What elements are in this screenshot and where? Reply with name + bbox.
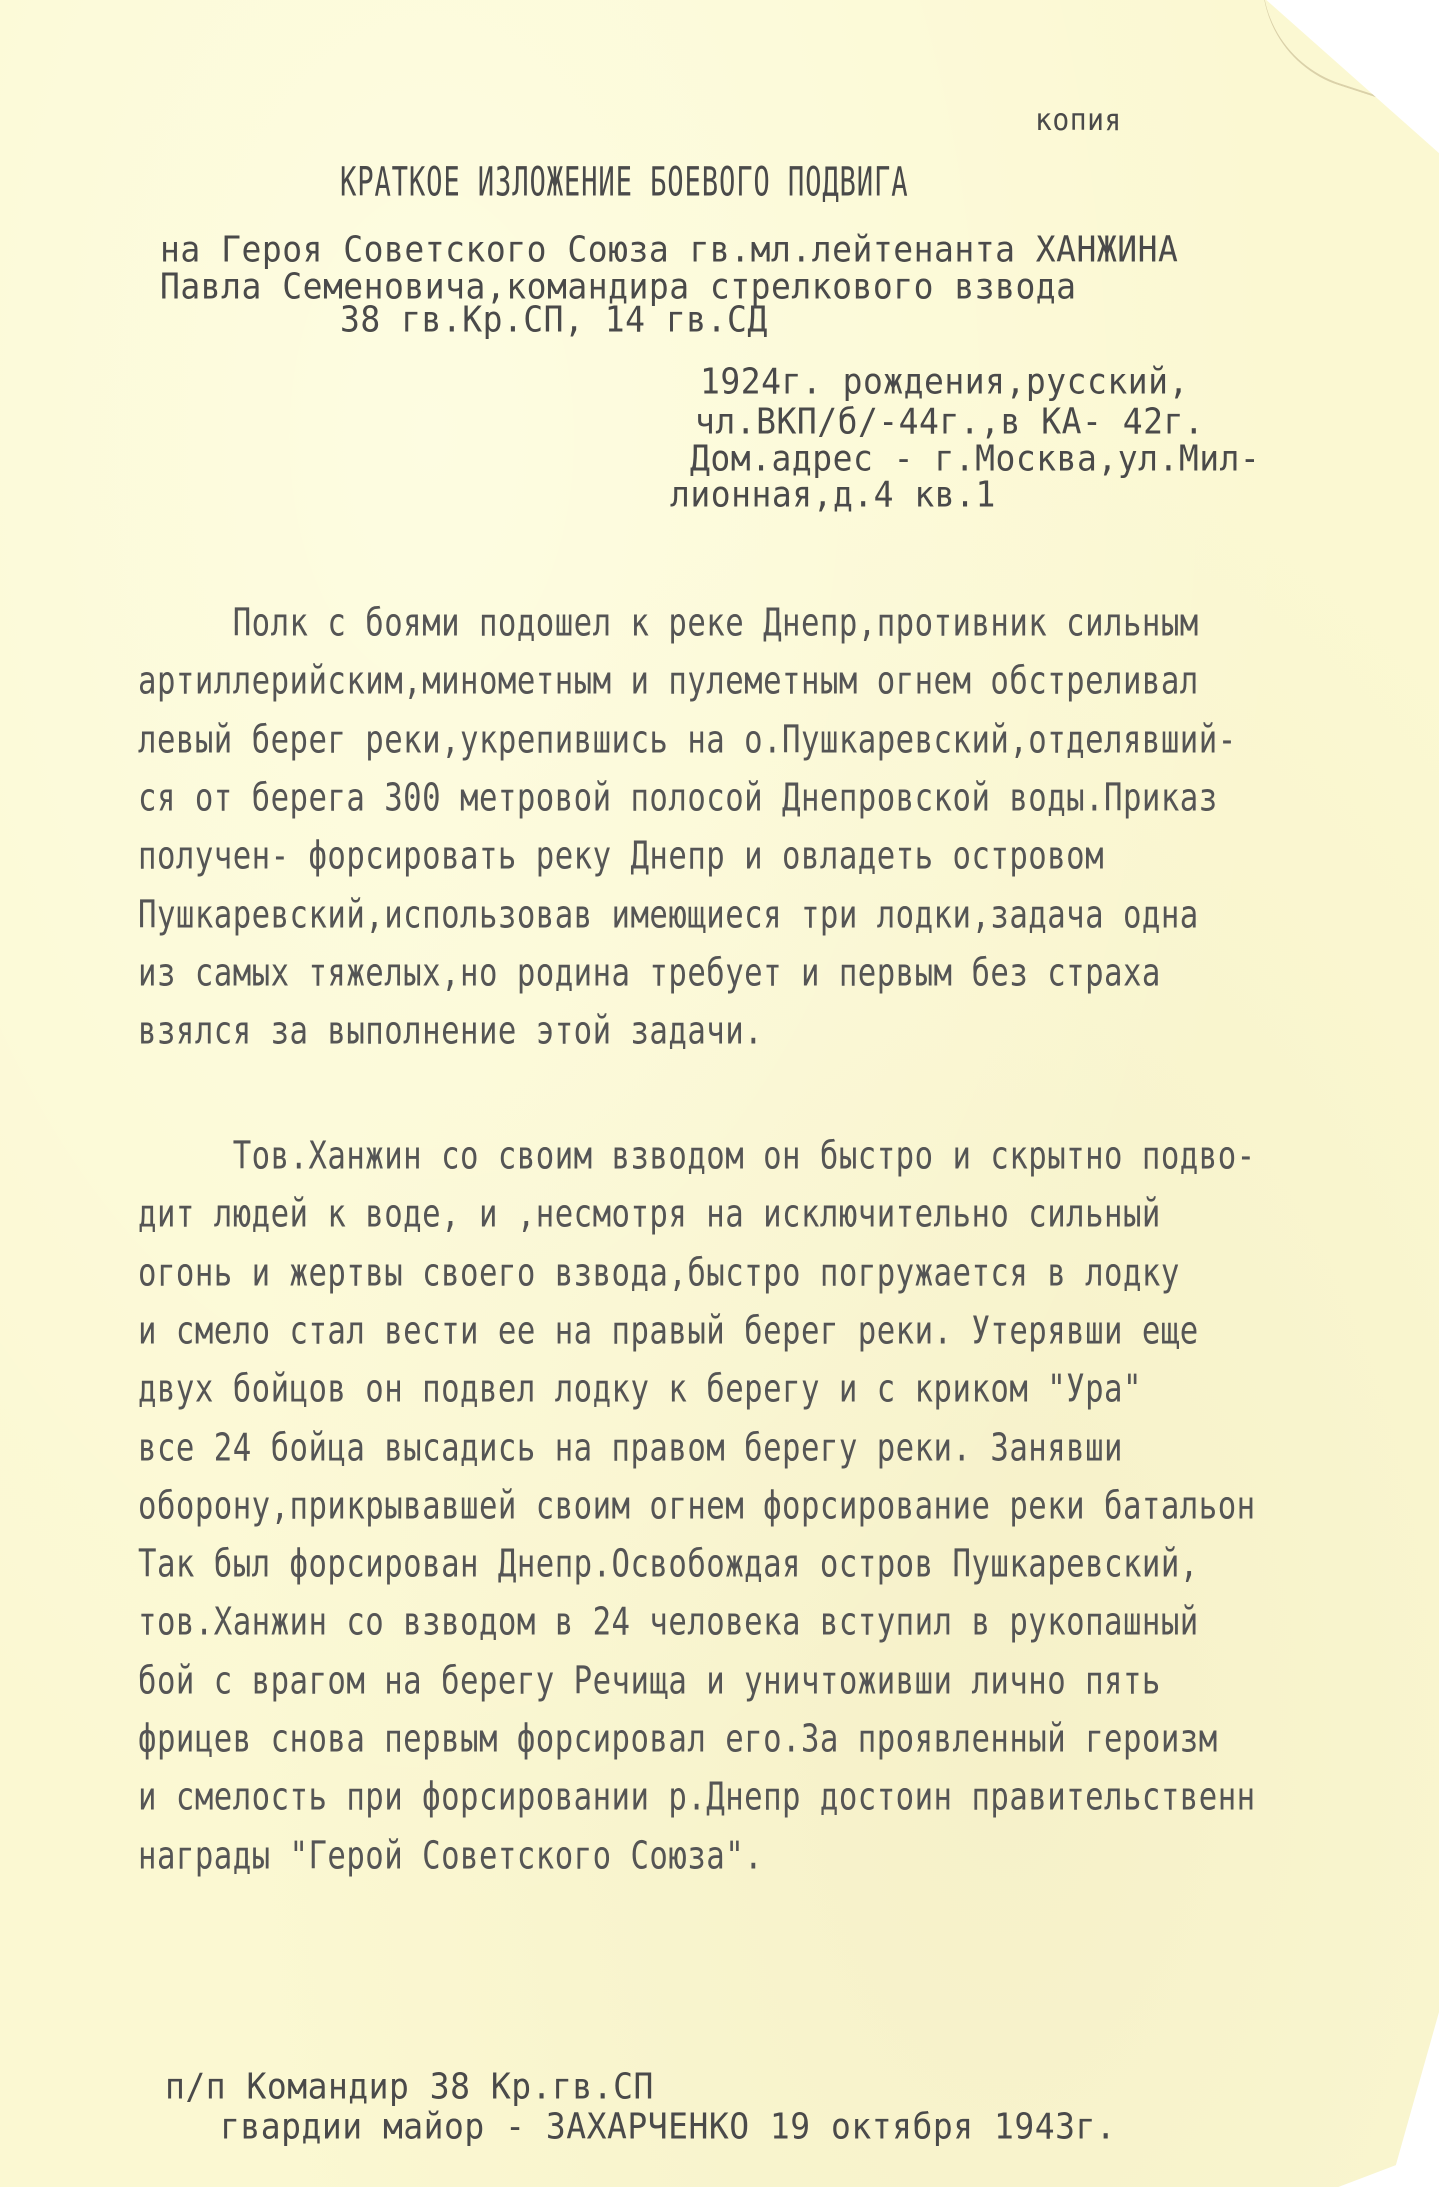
paragraph-line: и смело стал вести ее на правый берег ре… — [138, 1308, 1199, 1353]
document-title: КРАТКОЕ ИЗЛОЖЕНИЕ БОЕВОГО ПОДВИГА — [340, 158, 908, 206]
signature-line: гвардии майор - ЗАХАРЧЕНКО 19 октября 19… — [220, 2105, 1116, 2147]
paper-fold-edge — [1233, 0, 1439, 107]
paragraph-line: Тов.Ханжин со своим взводом он быстро и … — [138, 1133, 1256, 1178]
bio-line: 1924г. рождения,русский, — [700, 360, 1189, 402]
signature-line: п/п Командир 38 Кр.гв.СП — [165, 2065, 654, 2107]
paragraph-line: получен- форсировать реку Днепр и овладе… — [138, 833, 1104, 878]
bio-line: лионная,д.4 кв.1 — [670, 473, 996, 515]
paragraph-line: Пушкаревский,использовав имеющиеся три л… — [138, 892, 1199, 937]
header-line: на Героя Советского Союза гв.мл.лейтенан… — [160, 228, 1178, 270]
paragraph-line: из самых тяжелых,но родина требует и пер… — [138, 950, 1161, 995]
header-line: 38 гв.Кр.СП, 14 гв.СД — [340, 298, 768, 340]
paragraph-line: Полк с боями подошел к реке Днепр,против… — [138, 600, 1199, 645]
copy-mark: копия — [1035, 102, 1122, 138]
paragraph-line: артиллерийским,минометным и пулеметным о… — [138, 658, 1199, 703]
document-page: копия КРАТКОЕ ИЗЛОЖЕНИЕ БОЕВОГО ПОДВИГА … — [0, 0, 1439, 2187]
paragraph-line: двух бойцов он подвел лодку к берегу и с… — [138, 1366, 1142, 1411]
paragraph-line: взялся за выполнение этой задачи. — [138, 1008, 763, 1053]
paragraph-line: фрицев снова первым форсировал его.За пр… — [138, 1716, 1218, 1761]
paragraph-line: дит людей к воде, и ,несмотря на исключи… — [138, 1191, 1161, 1236]
paragraph-line: огонь и жертвы своего взвода,быстро погр… — [138, 1250, 1180, 1295]
paragraph-line: тов.Ханжин со взводом в 24 человека всту… — [138, 1599, 1199, 1644]
paragraph-line: левый берег реки,укрепившись на о.Пушкар… — [138, 717, 1237, 762]
paragraph-line: ся от берега 300 метровой полосой Днепро… — [138, 775, 1218, 820]
bio-line: чл.ВКП/б/-44г.,в КА- 42г. — [695, 400, 1204, 442]
paragraph-line: и смелость при форсировании р.Днепр дост… — [138, 1774, 1256, 1819]
paragraph-line: все 24 бойца высадись на правом берегу р… — [138, 1425, 1123, 1470]
paragraph-line: оборону,прикрывавшей своим огнем форсиро… — [138, 1483, 1256, 1528]
paragraph-line: Так был форсирован Днепр.Освобождая остр… — [138, 1541, 1199, 1586]
paragraph-line: награды "Герой Советского Союза". — [138, 1833, 763, 1878]
paragraph-line: бой с врагом на берегу Речища и уничтожи… — [138, 1658, 1161, 1703]
